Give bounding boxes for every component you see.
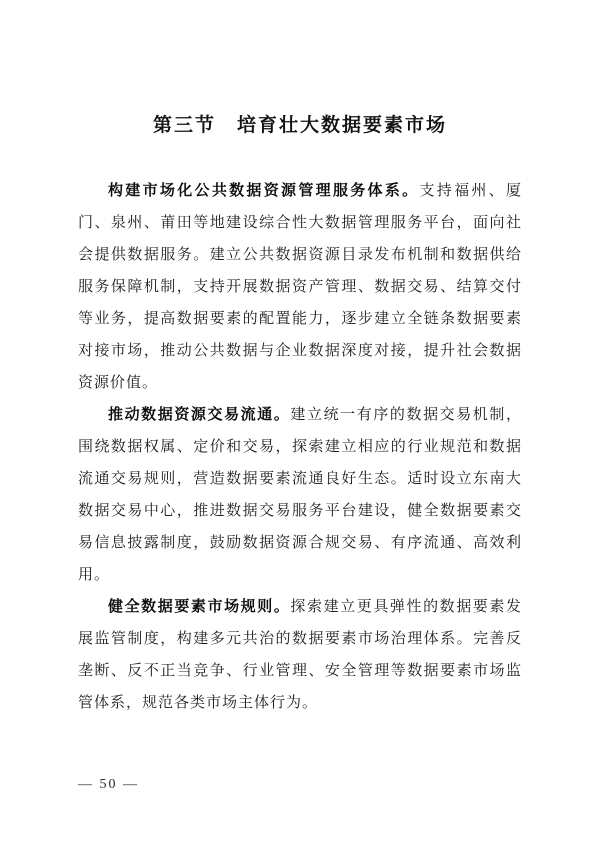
- document-page: 第三节 培育壮大数据要素市场 构建市场化公共数据资源管理服务体系。支持福州、厦门…: [0, 0, 600, 847]
- paragraph-3-text: 探索建立更具弹性的数据要素发展监管制度，构建多元共治的数据要素市场治理体系。完善…: [78, 599, 522, 711]
- paragraph-3: 健全数据要素市场规则。探索建立更具弹性的数据要素发展监管制度，构建多元共治的数据…: [78, 591, 522, 719]
- section-title: 第三节 培育壮大数据要素市场: [0, 113, 600, 139]
- paragraph-2: 推动数据资源交易流通。建立统一有序的数据交易机制，围绕数据权属、定价和交易，探索…: [78, 399, 522, 591]
- document-body: 构建市场化公共数据资源管理服务体系。支持福州、厦门、泉州、莆田等地建设综合性大数…: [78, 175, 522, 719]
- paragraph-3-lead: 健全数据要素市场规则。: [108, 599, 290, 615]
- page-number: — 50 —: [78, 777, 139, 793]
- paragraph-2-text: 建立统一有序的数据交易机制，围绕数据权属、定价和交易，探索建立相应的行业规范和数…: [78, 407, 522, 583]
- paragraph-1-text: 支持福州、厦门、泉州、莆田等地建设综合性大数据管理服务平台，面向社会提供数据服务…: [78, 183, 522, 391]
- paragraph-1: 构建市场化公共数据资源管理服务体系。支持福州、厦门、泉州、莆田等地建设综合性大数…: [78, 175, 522, 399]
- paragraph-2-lead: 推动数据资源交易流通。: [108, 407, 290, 423]
- paragraph-1-lead: 构建市场化公共数据资源管理服务体系。: [108, 183, 419, 199]
